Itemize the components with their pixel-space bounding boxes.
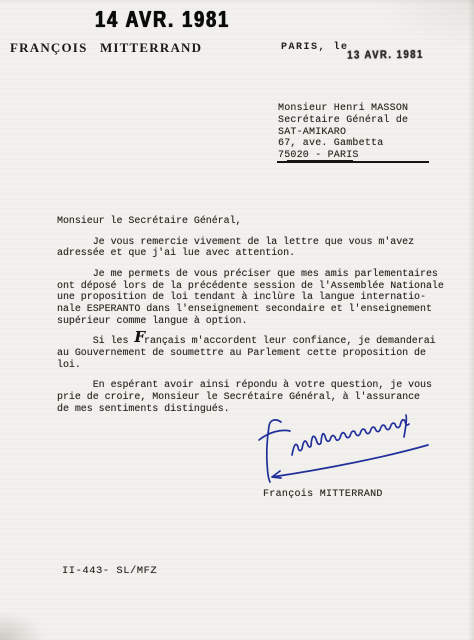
file-reference: II-443- SL/MFZ (62, 565, 157, 577)
place-date-label: PARIS, le (281, 42, 349, 53)
signature-underline-flourish (272, 445, 428, 478)
signatory-typed-name: François MITTERRAND (263, 489, 383, 500)
sender-name: FRANÇOIS MITTERRAND (10, 40, 202, 56)
date-stamp: 13 AVR. 1981 (347, 48, 424, 62)
recipient-address: Monsieur Henri MASSON Secrétaire Général… (278, 103, 408, 162)
letter-page: 14 AVR. 1981 FRANÇOIS MITTERRAND PARIS, … (0, 0, 474, 640)
paragraph-1: Je vous remercie vivement de la lettre q… (57, 237, 463, 260)
signature-f-stroke (259, 420, 290, 482)
paragraph-3-prefix: Si les (57, 336, 134, 347)
paragraph-4: En espérant avoir ainsi répondu à votre … (57, 380, 463, 415)
signature-name-scribble (292, 415, 409, 455)
salutation: Monsieur le Secrétaire Général, (57, 216, 463, 228)
letter-body: Monsieur le Secrétaire Général, Je vous … (57, 216, 463, 424)
paragraph-3: Si les Français m'accordent leur confian… (57, 336, 463, 371)
received-date-stamp: 14 AVR. 1981 (95, 6, 230, 33)
address-underline (277, 161, 429, 163)
paragraph-2: Je me permets de vous préciser que mes a… (57, 269, 463, 327)
handwritten-signature (254, 413, 440, 488)
